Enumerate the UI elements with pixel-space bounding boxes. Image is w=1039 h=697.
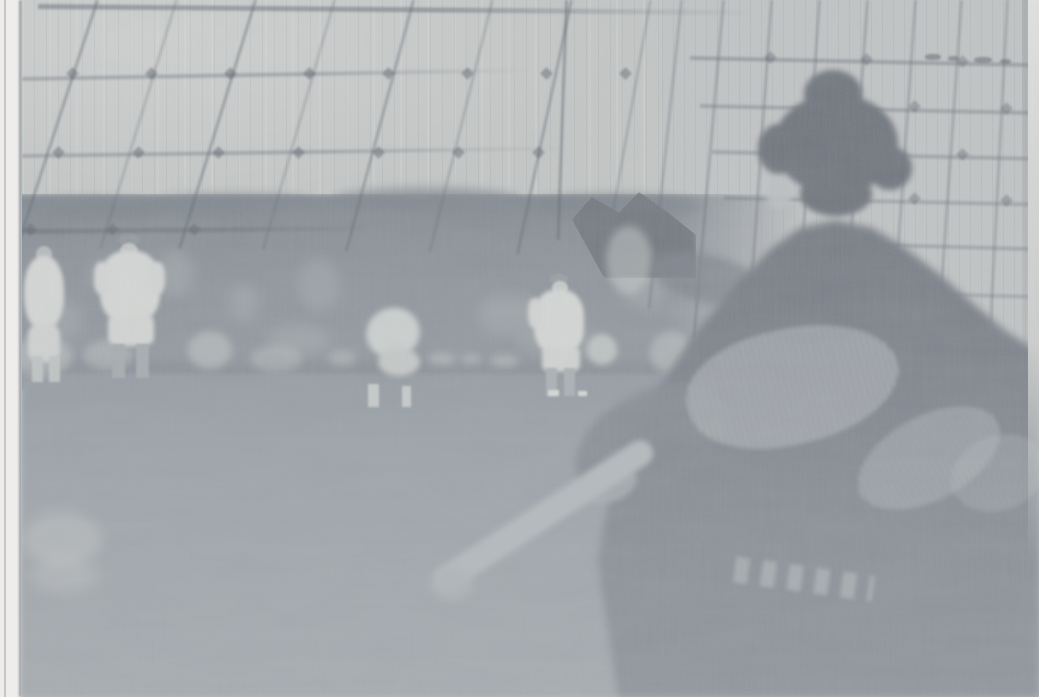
catcher-helmet-top xyxy=(804,70,862,118)
photograph: Grainy black-and-white halftone newspape… xyxy=(22,0,1039,697)
photo-border-left xyxy=(0,0,22,697)
catcher-neck xyxy=(800,172,872,216)
border-line-outer xyxy=(4,0,6,697)
catcher-ear-flap xyxy=(868,146,912,190)
catcher-helmet-side xyxy=(758,124,800,174)
neck-light-gap xyxy=(766,178,792,210)
photo-frame: Grainy black-and-white halftone newspape… xyxy=(0,0,1039,697)
catcher-head-group xyxy=(22,0,1039,697)
photo-border-right xyxy=(1028,0,1039,560)
